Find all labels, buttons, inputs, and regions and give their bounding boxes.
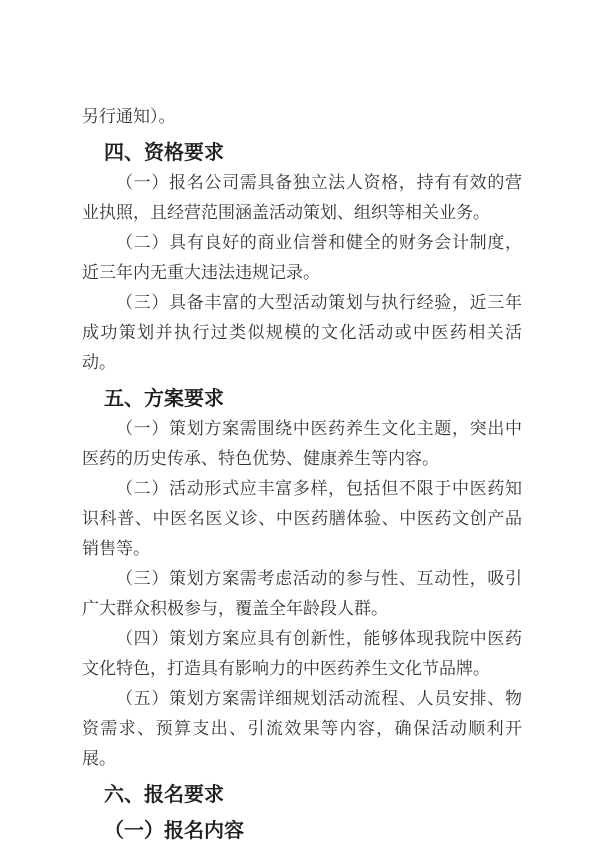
paragraph: （一）报名公司需具备独立法人资格，持有有效的营业执照，且经营范围涵盖活动策划、组… xyxy=(82,168,522,228)
section-heading-registration-requirements: 六、报名要求 xyxy=(104,780,522,810)
paragraph: （一）策划方案需围绕中医药养生文化主题，突出中医药的历史传承、特色优势、健康养生… xyxy=(82,414,522,474)
subsection-heading-registration-content: （一）报名内容 xyxy=(104,816,522,846)
paragraph: （五）策划方案需详细规划活动流程、人员安排、物资需求、预算支出、引流效果等内容，… xyxy=(82,684,522,774)
section-heading-proposal-requirements: 五、方案要求 xyxy=(104,384,522,414)
paragraph-continuation: 另行通知）。 xyxy=(82,102,522,132)
paragraph: （三）具备丰富的大型活动策划与执行经验，近三年成功策划并执行过类似规模的文化活动… xyxy=(82,288,522,378)
document-page: 另行通知）。 四、资格要求 （一）报名公司需具备独立法人资格，持有有效的营业执照… xyxy=(0,0,600,849)
paragraph: （三）策划方案需考虑活动的参与性、互动性，吸引广大群众积极参与，覆盖全年龄段人群… xyxy=(82,564,522,624)
paragraph: （二）活动形式应丰富多样，包括但不限于中医药知识科普、中医名医义诊、中医药膳体验… xyxy=(82,474,522,564)
paragraph: （二）具有良好的商业信誉和健全的财务会计制度，近三年内无重大违法违规记录。 xyxy=(82,228,522,288)
document-content: 另行通知）。 四、资格要求 （一）报名公司需具备独立法人资格，持有有效的营业执照… xyxy=(82,102,522,846)
section-heading-qualification-requirements: 四、资格要求 xyxy=(104,138,522,168)
paragraph: （四）策划方案应具有创新性，能够体现我院中医药文化特色，打造具有影响力的中医药养… xyxy=(82,624,522,684)
